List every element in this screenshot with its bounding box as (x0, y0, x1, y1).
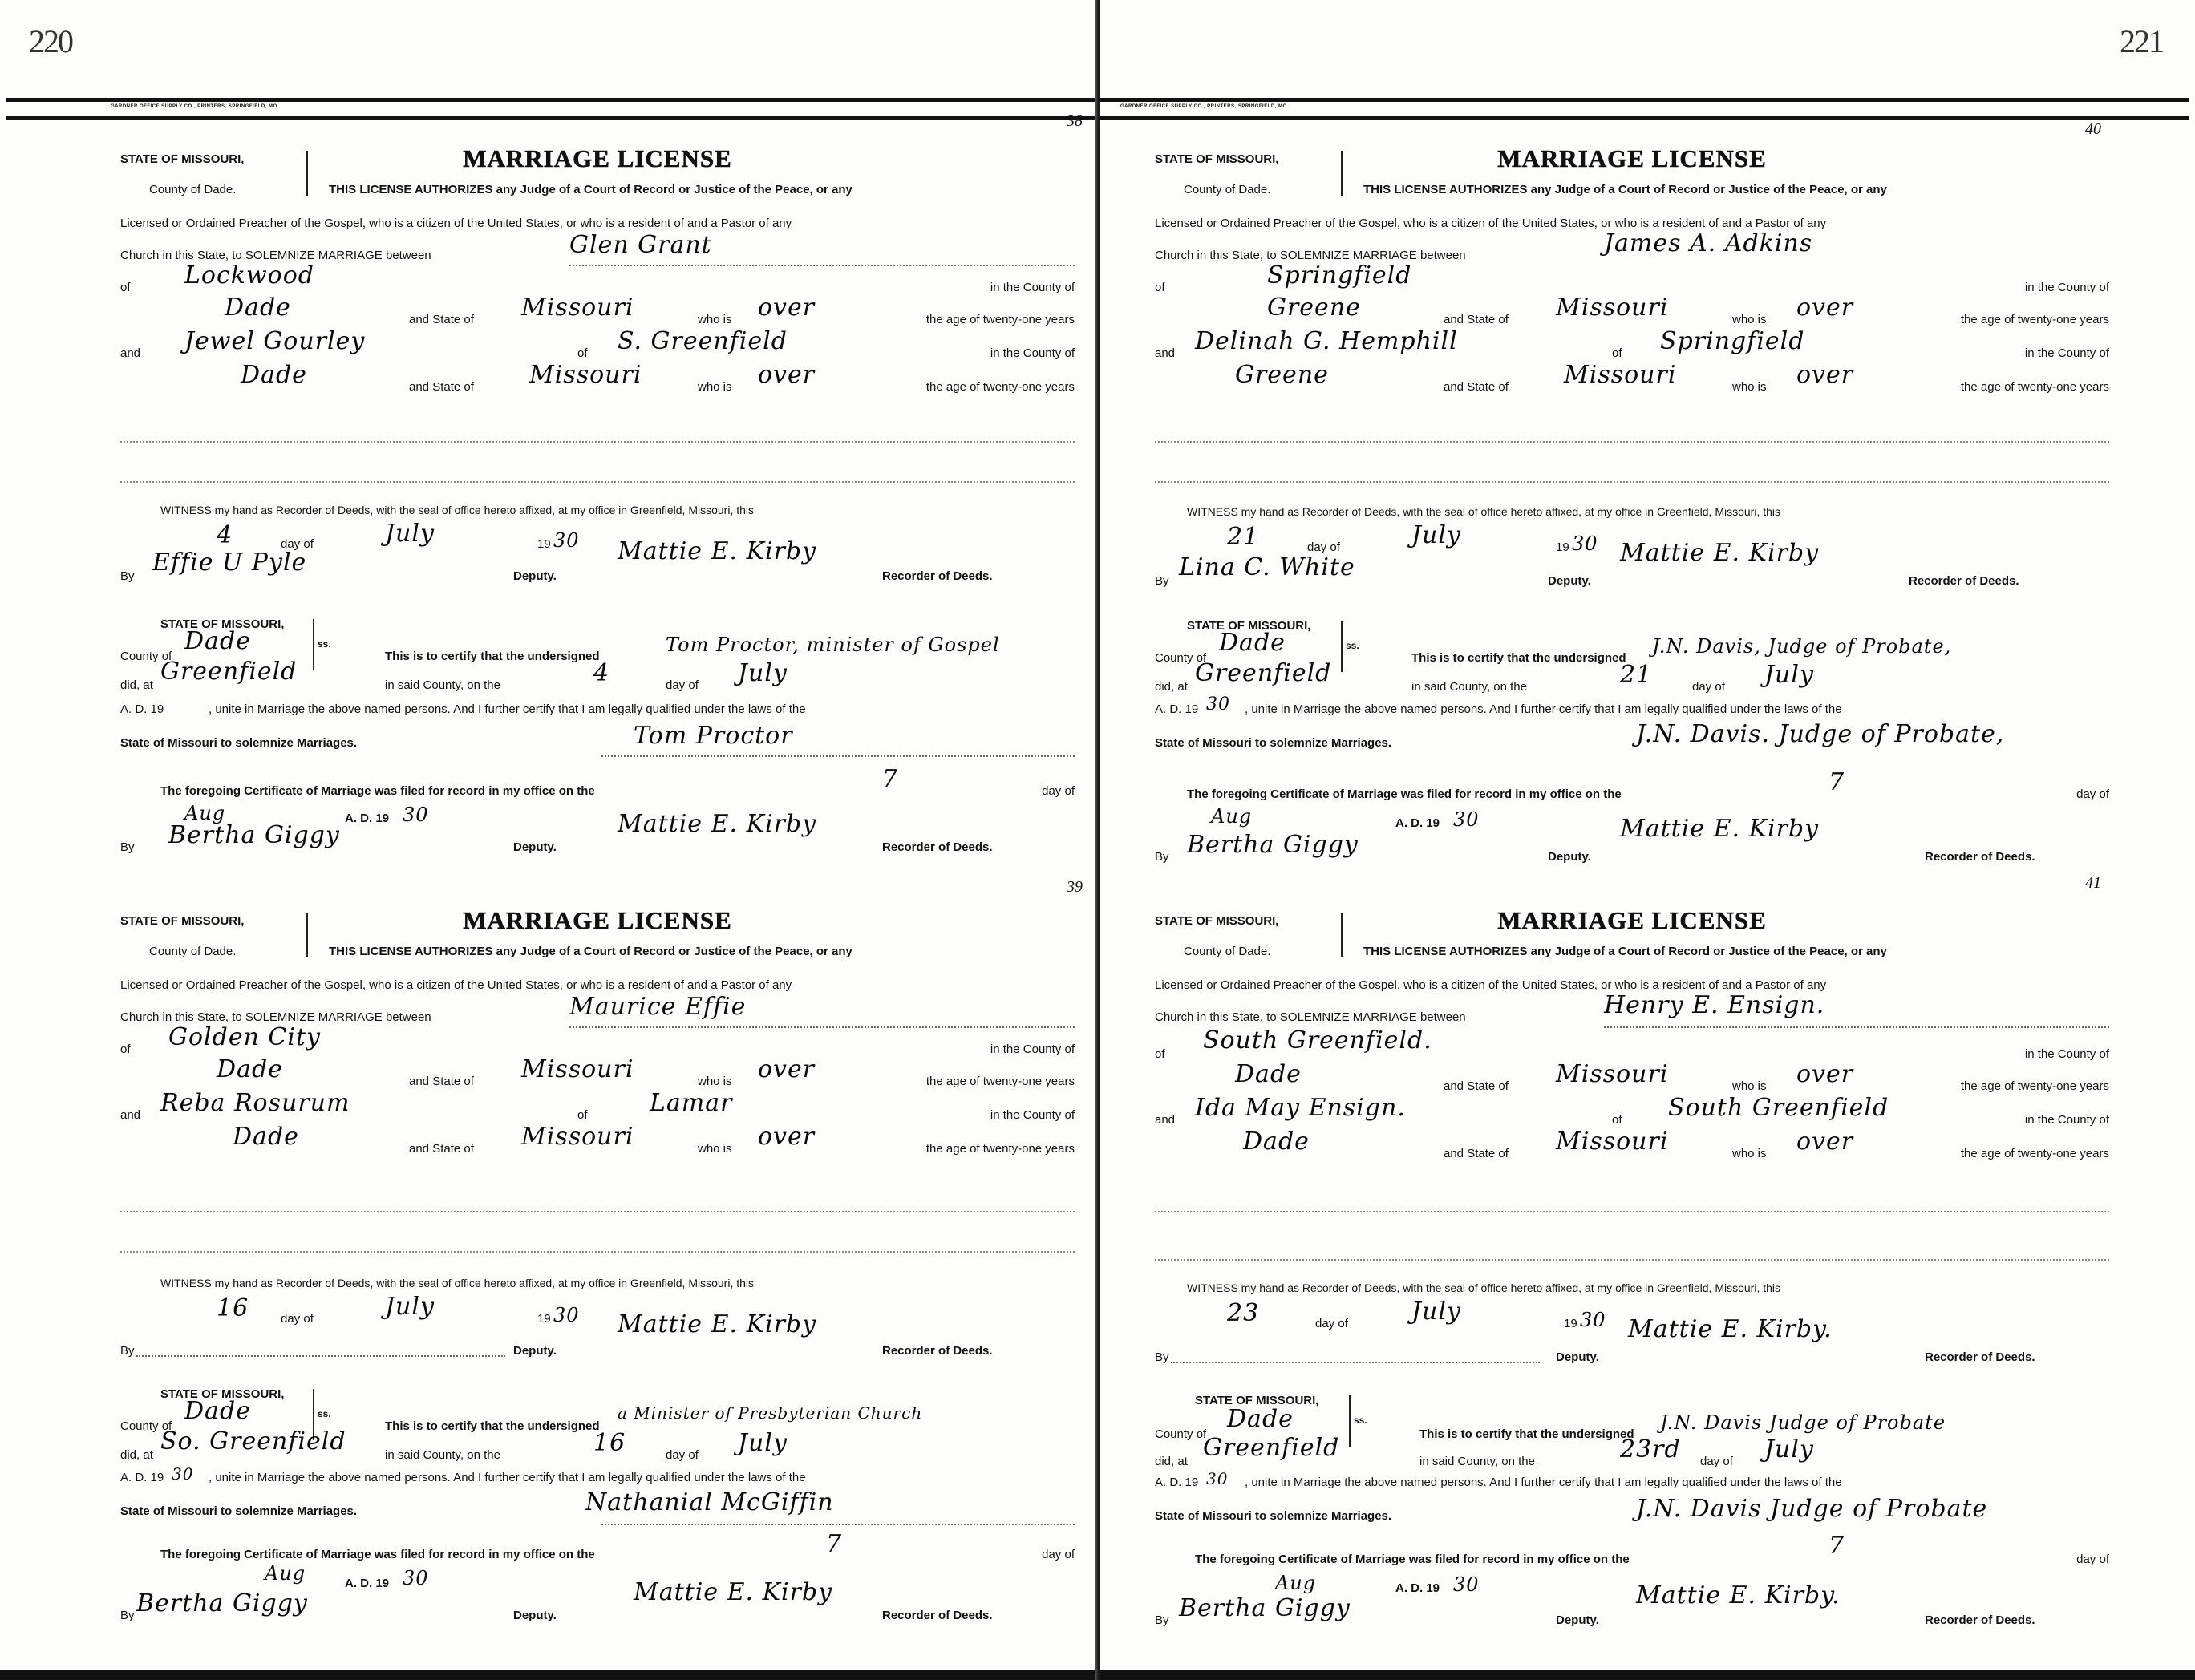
by-label: By (1155, 1350, 1169, 1364)
recorder-signature: Mattie E. Kirby. (1628, 1315, 1833, 1343)
in-said-county: in said County, on the (1419, 1455, 1535, 1468)
cert-place: Greenfield (1203, 1434, 1339, 1462)
cert-county: Dade (184, 1397, 251, 1425)
filed-month: Aug (1211, 805, 1252, 828)
page-number: 220 (29, 22, 72, 60)
county-of-label: County of (1155, 1427, 1206, 1441)
authorizes-text: THIS LICENSE AUTHORIZES any Judge of a C… (1363, 183, 1887, 196)
groom-age: over (758, 1055, 815, 1083)
cert-year: 30 (1206, 1469, 1228, 1488)
day-of-label: day of (1307, 540, 1340, 554)
in-said-county: in said County, on the (385, 678, 500, 692)
bride-state: Missouri (1564, 361, 1676, 389)
page-right: 221 GARDNER OFFICE SUPPLY CO., PRINTERS,… (1100, 0, 2195, 1680)
by-label: By (120, 840, 135, 854)
state-of-label: and State of (409, 1075, 474, 1088)
entry-number: 40 (2085, 120, 2101, 139)
issued-year: 30 (553, 1304, 580, 1326)
age-suffix: the age of twenty-one years (926, 313, 1075, 326)
groom-name: Glen Grant (569, 231, 712, 259)
ad-filed-prefix: A. D. 19 (345, 812, 389, 825)
solemnize-marriages: State of Missouri to solemnize Marriages… (120, 736, 357, 750)
page-number: 221 (2120, 22, 2163, 60)
age-suffix: the age of twenty-one years (1961, 1147, 2109, 1160)
marriage-license: 41 MARRIAGE LICENSE STATE OF MISSOURI, C… (1155, 890, 2109, 1660)
filed-recorder-signature: Mattie E. Kirby (1620, 815, 1819, 843)
authorizes-text: THIS LICENSE AUTHORIZES any Judge of a C… (1363, 945, 1887, 958)
year-prefix: 19 (537, 1312, 551, 1326)
state-of-label: and State of (1444, 313, 1509, 326)
issued-day: 23 (1227, 1299, 1259, 1327)
filed-day: 7 (882, 765, 898, 793)
of-label: of (1612, 346, 1622, 360)
authorizes-text: THIS LICENSE AUTHORIZES any Judge of a C… (329, 183, 852, 196)
day-of-label: day of (2076, 787, 2109, 801)
groom-name: James A. Adkins (1604, 229, 1812, 257)
officiant-signature: J.N. Davis. Judge of Probate, (1636, 720, 2004, 748)
cert-county: Dade (1227, 1405, 1294, 1433)
groom-state: Missouri (521, 293, 634, 322)
of-label: of (120, 1042, 131, 1056)
who-is-label: who is (698, 380, 732, 394)
bride-state: Missouri (1556, 1127, 1668, 1156)
ss-label: ss. (1354, 1415, 1367, 1426)
unite-text: , unite in Marriage the above named pers… (209, 702, 806, 716)
state-header: STATE OF MISSOURI, (120, 914, 244, 928)
day-of-label: day of (1692, 680, 1725, 694)
certify-text: This is to certify that the undersigned (1411, 651, 1626, 665)
filed-month: Aug (1275, 1572, 1316, 1594)
did-at-label: did, at (120, 1448, 153, 1462)
certify-text: This is to certify that the undersigned (385, 1419, 600, 1433)
license-title: MARRIAGE LICENSE (1155, 906, 2109, 935)
preacher-text: Licensed or Ordained Preacher of the Gos… (1155, 217, 1826, 230)
bride-name: Reba Rosurum (160, 1089, 350, 1117)
filed-day: 7 (826, 1530, 842, 1558)
foregoing-text: The foregoing Certificate of Marriage wa… (1187, 787, 1622, 801)
preacher-text: Licensed or Ordained Preacher of the Gos… (1155, 978, 1826, 992)
groom-state: Missouri (1556, 1060, 1668, 1088)
groom-name: Maurice Effie (569, 993, 746, 1021)
ad-prefix: A. D. 19 (120, 702, 164, 716)
deputy-label: Deputy. (513, 1609, 557, 1622)
bride-county: Dade (1243, 1127, 1310, 1156)
cert-place: So. Greenfield (160, 1427, 346, 1455)
did-at-label: did, at (120, 678, 153, 692)
ss-label: ss. (1346, 640, 1359, 651)
groom-state: Missouri (1556, 293, 1668, 322)
marriage-license: 40 MARRIAGE LICENSE STATE OF MISSOURI, C… (1155, 128, 2109, 898)
foregoing-text: The foregoing Certificate of Marriage wa… (160, 784, 595, 798)
groom-county: Dade (225, 293, 291, 322)
county-header: County of Dade. (1184, 183, 1270, 196)
solemnize-marriages: State of Missouri to solemnize Marriages… (1155, 736, 1391, 750)
header-rule: GARDNER OFFICE SUPPLY CO., PRINTERS, SPR… (6, 98, 1097, 120)
day-of-label: day of (2076, 1552, 2109, 1566)
license-title: MARRIAGE LICENSE (1155, 144, 2109, 173)
groom-name: Henry E. Ensign. (1604, 991, 1824, 1019)
day-of-label: day of (1042, 784, 1075, 798)
bride-state: Missouri (529, 361, 642, 389)
ledger-book: 220 GARDNER OFFICE SUPPLY CO., PRINTERS,… (0, 0, 2195, 1680)
marriage-license: 39 MARRIAGE LICENSE STATE OF MISSOURI, C… (120, 890, 1075, 1660)
groom-state: Missouri (521, 1055, 634, 1083)
bride-name: Delinah G. Hemphill (1195, 327, 1458, 355)
ss-label: ss. (318, 638, 331, 650)
witness-text: WITNESS my hand as Recorder of Deeds, wi… (160, 1277, 754, 1289)
cert-month: July (738, 1429, 788, 1457)
day-of-label: day of (1700, 1455, 1733, 1468)
filed-year: 30 (1453, 808, 1480, 831)
entry-number: 39 (1067, 878, 1083, 897)
groom-age: over (758, 293, 815, 322)
state-header: STATE OF MISSOURI, (1155, 914, 1278, 928)
bride-age: over (1796, 1127, 1853, 1156)
in-said-county: in said County, on the (385, 1448, 500, 1462)
filed-recorder-signature: Mattie E. Kirby (634, 1578, 832, 1606)
cert-month: July (738, 659, 788, 687)
bride-state: Missouri (521, 1123, 634, 1151)
license-title: MARRIAGE LICENSE (120, 144, 1075, 173)
issued-year: 30 (553, 529, 580, 552)
dotted-line (569, 265, 1075, 266)
bride-age: over (1796, 361, 1853, 389)
solemnize-text: Church in this State, to SOLEMNIZE MARRI… (1155, 249, 1466, 262)
county-header: County of Dade. (149, 183, 236, 196)
state-of-label: and State of (409, 1142, 474, 1156)
ad-filed-prefix: A. D. 19 (1395, 1581, 1440, 1595)
printer-imprint: GARDNER OFFICE SUPPLY CO., PRINTERS, SPR… (1120, 104, 1289, 109)
ad-prefix: A. D. 19 (120, 1471, 164, 1484)
recorder-signature: Mattie E. Kirby (618, 1310, 816, 1338)
cert-county: Dade (184, 627, 251, 655)
ad-prefix: A. D. 19 (1155, 702, 1198, 716)
header-rule: GARDNER OFFICE SUPPLY CO., PRINTERS, SPR… (1100, 98, 2189, 120)
of-label: of (1155, 281, 1165, 294)
groom-age: over (1796, 1060, 1853, 1088)
filed-day: 7 (1828, 1532, 1845, 1560)
and-label: and (120, 1108, 140, 1122)
county-of-label: in the County of (990, 1108, 1075, 1122)
cert-county: Dade (1219, 629, 1286, 657)
day-of-label: day of (666, 678, 699, 692)
certify-text: This is to certify that the undersigned (385, 650, 600, 663)
bride-residence: S. Greenfield (618, 327, 788, 355)
page-left: 220 GARDNER OFFICE SUPPLY CO., PRINTERS,… (0, 0, 1100, 1680)
witness-text: WITNESS my hand as Recorder of Deeds, wi… (160, 504, 754, 516)
bride-name: Jewel Gourley (184, 327, 365, 355)
ss-label: ss. (318, 1408, 331, 1419)
county-of-label: in the County of (990, 281, 1075, 294)
deputy-label: Deputy. (1548, 850, 1591, 864)
witness-text: WITNESS my hand as Recorder of Deeds, wi… (1187, 505, 1780, 518)
by-label: By (120, 569, 135, 583)
deputy-label: Deputy. (513, 1344, 557, 1358)
ad-filed-prefix: A. D. 19 (345, 1577, 389, 1590)
did-at-label: did, at (1155, 680, 1188, 694)
marriage-license: 38 MARRIAGE LICENSE STATE OF MISSOURI, C… (120, 128, 1075, 898)
issuing-deputy: Effie U Pyle (152, 549, 306, 577)
recorder-label: Recorder of Deeds. (882, 1344, 993, 1358)
of-label: of (120, 281, 131, 294)
ad-prefix: A. D. 19 (1155, 1476, 1198, 1489)
cert-year: 30 (1206, 694, 1230, 715)
cert-year: 30 (172, 1464, 193, 1484)
by-label: By (120, 1609, 135, 1622)
recorder-label: Recorder of Deeds. (882, 840, 993, 854)
officiant-signature: J.N. Davis Judge of Probate (1636, 1495, 1987, 1523)
age-suffix: the age of twenty-one years (926, 1142, 1075, 1156)
county-header: County of Dade. (149, 945, 236, 958)
authorizes-text: THIS LICENSE AUTHORIZES any Judge of a C… (329, 945, 852, 958)
in-said-county: in said County, on the (1411, 680, 1527, 694)
entry-number: 41 (2085, 874, 2101, 893)
filed-recorder-signature: Mattie E. Kirby. (1636, 1581, 1841, 1609)
state-of-label: and State of (1444, 1147, 1509, 1160)
by-label: By (1155, 1613, 1169, 1627)
state-of-label: and State of (409, 313, 474, 326)
county-of-label: in the County of (2025, 1047, 2109, 1061)
who-is-label: who is (1732, 380, 1767, 394)
brace (1341, 151, 1349, 196)
issued-month: July (385, 520, 435, 548)
issued-day: 16 (217, 1294, 249, 1322)
unite-text: , unite in Marriage the above named pers… (1245, 702, 1842, 716)
issued-month: July (385, 1293, 435, 1321)
bride-residence: Springfield (1660, 327, 1804, 355)
filed-deputy: Bertha Giggy (136, 1589, 308, 1617)
by-label: By (1155, 850, 1169, 864)
groom-county: Dade (217, 1055, 283, 1083)
of-label: of (577, 1108, 588, 1122)
state-of-label: and State of (409, 380, 474, 394)
issued-month: July (1411, 1297, 1461, 1326)
officiant: Tom Proctor, minister of Gospel (666, 634, 1000, 656)
age-suffix: the age of twenty-one years (1961, 380, 2109, 394)
deputy-label: Deputy. (1556, 1613, 1599, 1627)
foregoing-text: The foregoing Certificate of Marriage wa… (160, 1548, 595, 1561)
brace (306, 913, 314, 957)
state-of-label: and State of (1444, 1079, 1509, 1093)
age-suffix: the age of twenty-one years (1961, 1079, 2109, 1093)
cert-month: July (1764, 1435, 1814, 1463)
by-label: By (120, 1344, 135, 1358)
day-of-label: day of (1315, 1317, 1348, 1330)
certify-text: This is to certify that the undersigned (1419, 1427, 1634, 1441)
issuing-deputy: Lina C. White (1179, 553, 1355, 581)
filed-deputy: Bertha Giggy (1187, 831, 1359, 859)
of-label: of (1155, 1047, 1165, 1061)
county-of-label: in the County of (990, 346, 1075, 360)
by-label: By (1155, 574, 1169, 588)
county-header: County of Dade. (1184, 945, 1270, 958)
who-is-label: who is (1732, 1147, 1767, 1160)
recorder-signature: Mattie E. Kirby (1620, 539, 1819, 567)
printer-imprint: GARDNER OFFICE SUPPLY CO., PRINTERS, SPR… (111, 104, 279, 109)
bride-county: Greene (1235, 361, 1329, 389)
cert-day: 16 (593, 1429, 626, 1457)
preacher-text: Licensed or Ordained Preacher of the Gos… (120, 217, 792, 230)
officiant-signature: Nathanial McGiffin (585, 1488, 834, 1516)
county-of-label: in the County of (2025, 1113, 2109, 1127)
who-is-label: who is (698, 313, 732, 326)
cert-place: Greenfield (160, 658, 297, 686)
filed-year: 30 (403, 804, 429, 826)
deputy-label: Deputy. (1556, 1350, 1599, 1364)
bride-residence: Lamar (650, 1089, 732, 1117)
and-label: and (120, 346, 140, 360)
age-suffix: the age of twenty-one years (1961, 313, 2109, 326)
filed-year: 30 (403, 1567, 429, 1589)
groom-county: Greene (1267, 293, 1361, 322)
solemnize-text: Church in this State, to SOLEMNIZE MARRI… (1155, 1010, 1466, 1024)
issued-year: 30 (1572, 532, 1598, 555)
year-prefix: 19 (1556, 540, 1569, 554)
cert-day: 21 (1620, 661, 1652, 689)
bride-name: Ida May Ensign. (1195, 1094, 1406, 1122)
solemnize-text: Church in this State, to SOLEMNIZE MARRI… (120, 1010, 431, 1024)
cert-day: 23rd (1620, 1435, 1681, 1463)
solemnize-marriages: State of Missouri to solemnize Marriages… (1155, 1509, 1391, 1523)
groom-county: Dade (1235, 1060, 1302, 1088)
recorder-label: Recorder of Deeds. (1925, 1613, 2035, 1627)
entry-number: 38 (1067, 112, 1083, 131)
filed-recorder-signature: Mattie E. Kirby (618, 810, 816, 838)
foregoing-text: The foregoing Certificate of Marriage wa… (1195, 1552, 1630, 1566)
recorder-label: Recorder of Deeds. (882, 1609, 993, 1622)
recorder-label: Recorder of Deeds. (1925, 850, 2035, 864)
officiant: J.N. Davis Judge of Probate (1660, 1411, 1946, 1434)
officiant-signature: Tom Proctor (634, 722, 793, 750)
unite-text: , unite in Marriage the above named pers… (209, 1471, 806, 1484)
day-of-label: day of (666, 1448, 699, 1462)
issued-day: 21 (1227, 523, 1259, 551)
day-of-label: day of (281, 1312, 314, 1326)
license-title: MARRIAGE LICENSE (120, 906, 1075, 935)
brace (1341, 913, 1349, 957)
filed-year: 30 (1453, 1573, 1480, 1596)
witness-text: WITNESS my hand as Recorder of Deeds, wi… (1187, 1281, 1780, 1294)
groom-residence: Springfield (1267, 261, 1411, 289)
deputy-label: Deputy. (513, 840, 557, 854)
state-header: STATE OF MISSOURI, (120, 152, 244, 166)
bride-residence: South Greenfield (1668, 1094, 1889, 1122)
who-is-label: who is (698, 1142, 732, 1156)
bride-county: Dade (233, 1123, 299, 1151)
recorder-label: Recorder of Deeds. (1909, 574, 2019, 588)
of-label: of (1612, 1113, 1622, 1127)
county-of-label: in the County of (990, 1042, 1075, 1056)
and-label: and (1155, 1113, 1175, 1127)
recorder-label: Recorder of Deeds. (882, 569, 993, 583)
solemnize-text: Church in this State, to SOLEMNIZE MARRI… (120, 249, 431, 262)
filed-deputy: Bertha Giggy (168, 821, 340, 849)
state-header: STATE OF MISSOURI, (1155, 152, 1278, 166)
groom-age: over (1796, 293, 1853, 322)
filed-day: 7 (1828, 768, 1845, 796)
who-is-label: who is (698, 1075, 732, 1088)
solemnize-marriages: State of Missouri to solemnize Marriages… (120, 1504, 357, 1518)
bride-age: over (758, 361, 815, 389)
cert-month: July (1764, 661, 1814, 689)
issued-year: 30 (1580, 1309, 1606, 1331)
cert-day: 4 (593, 659, 609, 687)
age-suffix: the age of twenty-one years (926, 380, 1075, 394)
issued-day: 4 (217, 521, 233, 549)
and-label: and (1155, 346, 1175, 360)
recorder-signature: Mattie E. Kirby (618, 537, 816, 565)
cert-place: Greenfield (1195, 659, 1331, 687)
bride-age: over (758, 1123, 815, 1151)
preacher-text: Licensed or Ordained Preacher of the Gos… (120, 978, 792, 992)
did-at-label: did, at (1155, 1455, 1188, 1468)
deputy-label: Deputy. (513, 569, 557, 583)
issued-month: July (1411, 521, 1461, 549)
groom-residence: South Greenfield. (1203, 1026, 1432, 1055)
county-of-label: in the County of (2025, 346, 2109, 360)
day-of-label: day of (1042, 1548, 1075, 1561)
who-is-label: who is (1732, 313, 1767, 326)
groom-residence: Golden City (168, 1023, 321, 1051)
brace (306, 151, 314, 196)
age-suffix: the age of twenty-one years (926, 1075, 1075, 1088)
officiant: J.N. Davis, Judge of Probate, (1652, 635, 1951, 658)
officiant: a Minister of Presbyterian Church (618, 1403, 922, 1423)
ad-filed-prefix: A. D. 19 (1395, 816, 1440, 830)
filed-deputy: Bertha Giggy (1179, 1594, 1351, 1622)
groom-residence: Lockwood (184, 261, 314, 289)
year-prefix: 19 (1564, 1317, 1577, 1330)
recorder-label: Recorder of Deeds. (1925, 1350, 2035, 1364)
state-of-label: and State of (1444, 380, 1509, 394)
bride-county: Dade (241, 361, 307, 389)
unite-text: , unite in Marriage the above named pers… (1245, 1476, 1842, 1489)
year-prefix: 19 (537, 537, 551, 551)
deputy-label: Deputy. (1548, 574, 1591, 588)
county-of-label: in the County of (2025, 281, 2109, 294)
filed-month: Aug (265, 1562, 306, 1585)
who-is-label: who is (1732, 1079, 1767, 1093)
of-label: of (577, 346, 588, 360)
